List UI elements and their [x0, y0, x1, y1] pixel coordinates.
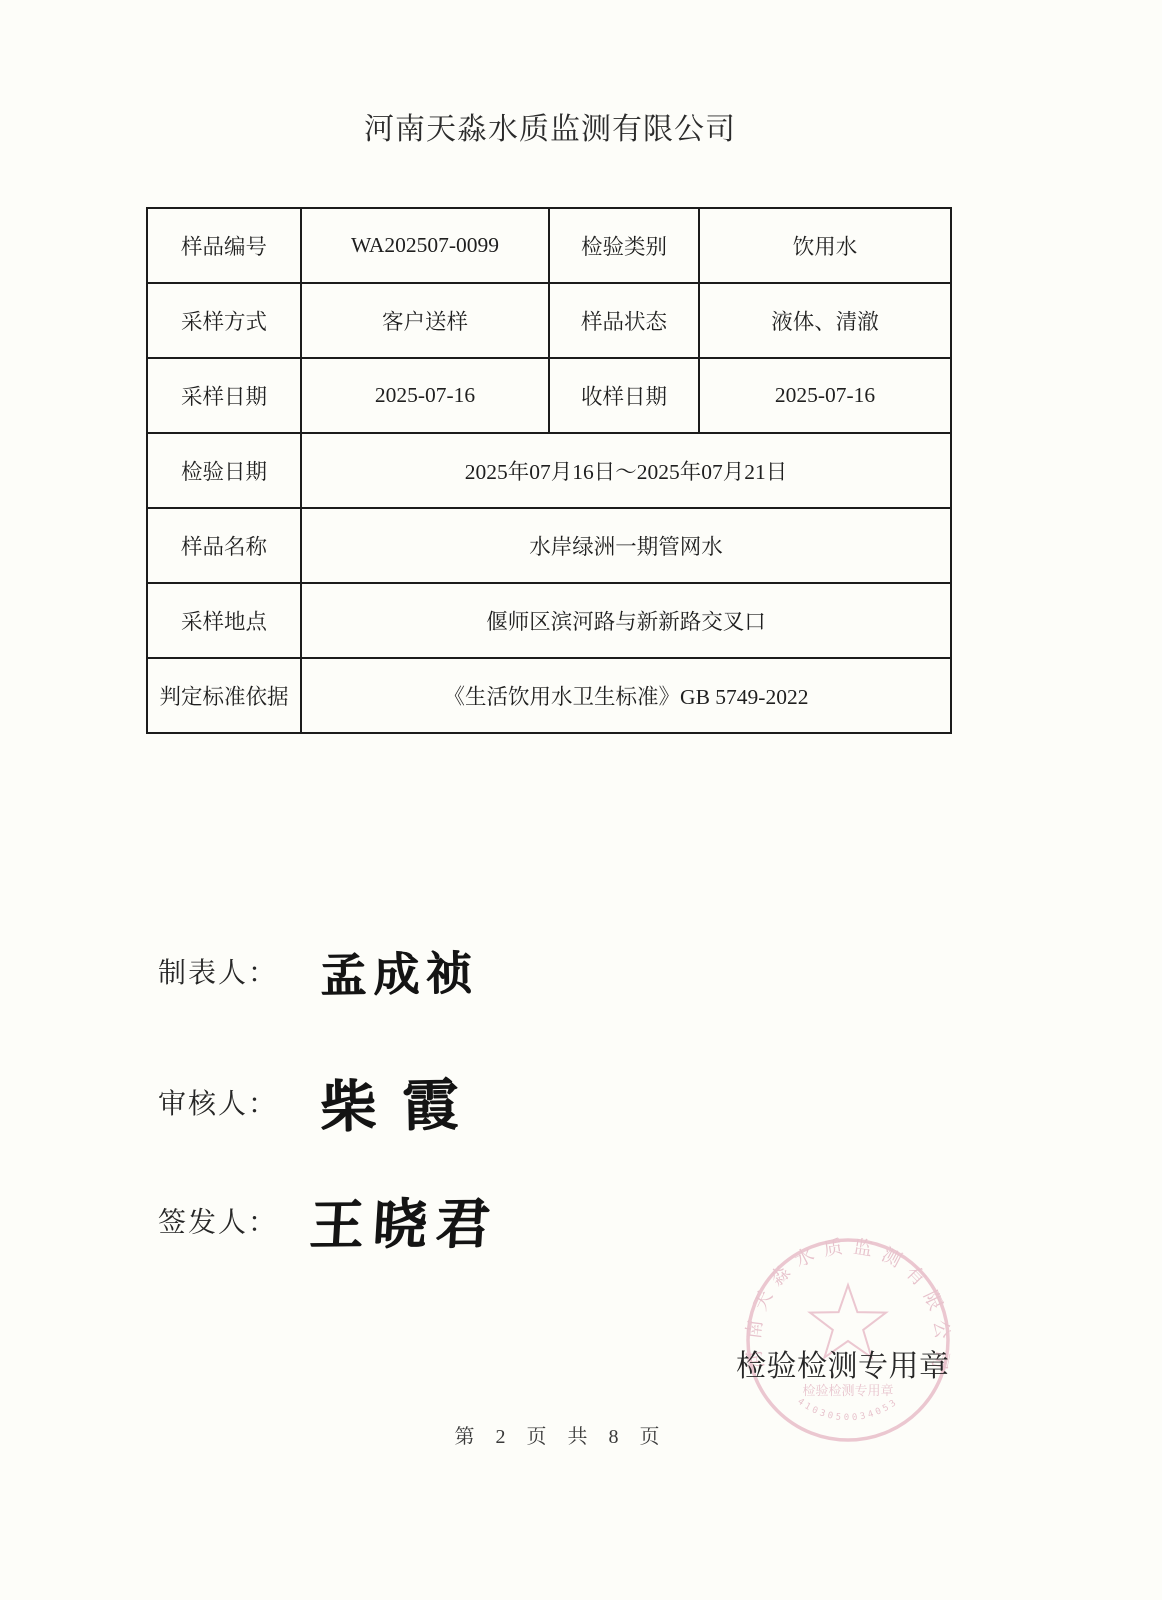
- sampling-date-value: 2025-07-16: [301, 358, 549, 433]
- issuer-label: 签发人：: [158, 1208, 278, 1239]
- sample-name-label: 样品名称: [147, 508, 301, 583]
- sample-id-label: 样品编号: [147, 208, 301, 283]
- preparer-label: 制表人：: [158, 958, 278, 989]
- table-row: 样品编号 WA202507-0099 检验类别 饮用水: [147, 208, 951, 283]
- company-title: 河南天淼水质监测有限公司: [0, 104, 1100, 148]
- issuer-row: 签发人：王晓君: [158, 1182, 499, 1259]
- inspection-date-label: 检验日期: [147, 433, 301, 508]
- preparer-row: 制表人：孟成祯: [158, 938, 479, 1004]
- preparer-signature: 孟成祯: [319, 937, 479, 1006]
- reviewer-signature: 柴霞: [319, 1061, 484, 1144]
- sampling-location-value: 偃师区滨河路与新新路交叉口: [301, 583, 951, 658]
- sample-info-table: 样品编号 WA202507-0099 检验类别 饮用水 采样方式 客户送样 样品…: [146, 207, 952, 734]
- reviewer-row: 审核人：柴霞: [158, 1062, 484, 1142]
- inspection-category-value: 饮用水: [699, 208, 951, 283]
- receiving-date-value: 2025-07-16: [699, 358, 951, 433]
- receiving-date-label: 收样日期: [549, 358, 699, 433]
- inspection-category-label: 检验类别: [549, 208, 699, 283]
- table-row: 检验日期 2025年07月16日～2025年07月21日: [147, 433, 951, 508]
- judgment-standard-value: 《生活饮用水卫生标准》GB 5749-2022: [301, 658, 951, 733]
- sample-name-value: 水岸绿洲一期管网水: [301, 508, 951, 583]
- reviewer-label: 审核人：: [158, 1089, 278, 1120]
- sampling-method-label: 采样方式: [147, 283, 301, 358]
- table-row: 采样方式 客户送样 样品状态 液体、清澈: [147, 283, 951, 358]
- table-row: 采样日期 2025-07-16 收样日期 2025-07-16: [147, 358, 951, 433]
- stamp-caption: 检验检测专用章: [736, 1341, 956, 1385]
- stamp-inner-text: 检验检测专用章: [802, 1383, 893, 1398]
- sampling-date-label: 采样日期: [147, 358, 301, 433]
- report-page: 河南天淼水质监测有限公司 样品编号 WA202507-0099 检验类别 饮用水…: [0, 0, 1162, 1600]
- sample-state-label: 样品状态: [549, 283, 699, 358]
- table-row: 采样地点 偃师区滨河路与新新路交叉口: [147, 583, 951, 658]
- sampling-method-value: 客户送样: [301, 283, 549, 358]
- table-row: 判定标准依据 《生活饮用水卫生标准》GB 5749-2022: [147, 658, 951, 733]
- page-number-footer: 第 2 页 共 8 页: [0, 1420, 1122, 1449]
- sample-id-value: WA202507-0099: [301, 208, 549, 283]
- sampling-location-label: 采样地点: [147, 583, 301, 658]
- table-row: 样品名称 水岸绿洲一期管网水: [147, 508, 951, 583]
- issuer-signature: 王晓君: [308, 1181, 502, 1260]
- sample-state-value: 液体、清澈: [699, 283, 951, 358]
- inspection-date-value: 2025年07月16日～2025年07月21日: [301, 433, 951, 508]
- judgment-standard-label: 判定标准依据: [147, 658, 301, 733]
